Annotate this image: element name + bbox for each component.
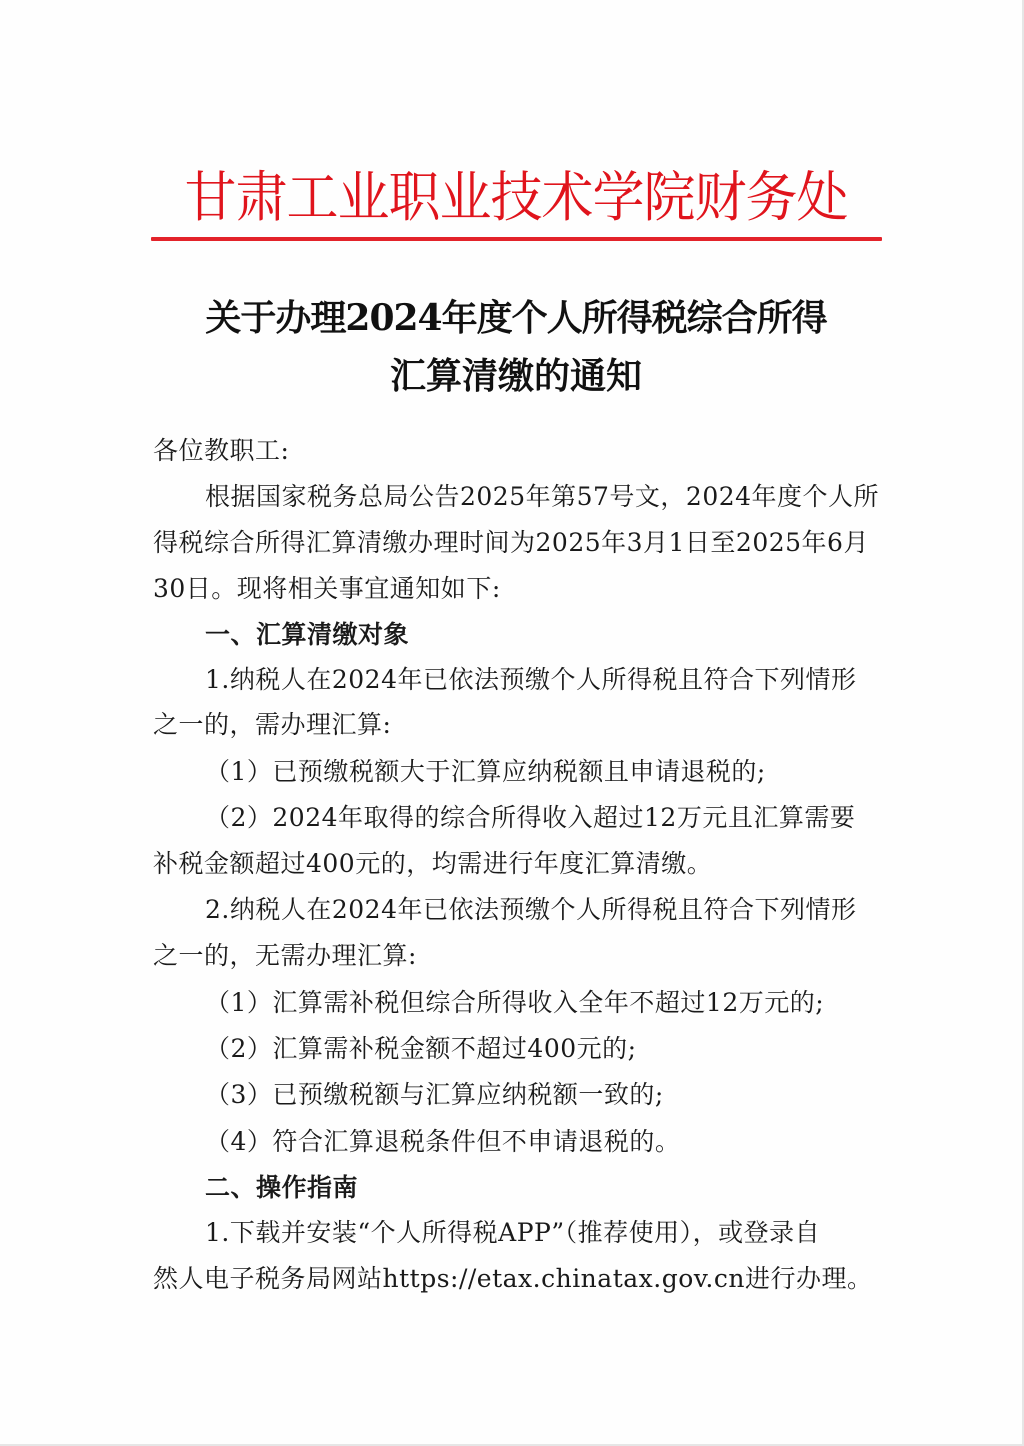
section-1-item-2-line-2: 之一的，无需办理汇算: (153, 936, 873, 972)
section-1-item-1-sub-2-cont: 补税金额超过400元的，均需进行年度汇算清缴。 (153, 844, 873, 880)
letterhead-red-rule (151, 237, 882, 241)
section-2-item-1-line-2: 然人电子税务局网站https://etax.chinatax.gov.cn进行办… (153, 1259, 873, 1295)
document-title-line-1: 关于办理2024年度个人所得税综合所得 (150, 290, 882, 341)
section-1-item-2-sub-1: （1）汇算需补税但综合所得收入全年不超过12万元的; (205, 983, 925, 1019)
intro-paragraph-line-2: 得税综合所得汇算清缴办理时间为2025年3月1日至2025年6月 (153, 523, 873, 559)
section-1-item-2-sub-2: （2）汇算需补税金额不超过400元的; (205, 1029, 925, 1065)
section-1-heading: 一、汇算清缴对象 (205, 615, 925, 651)
document-page: 甘肃工业职业技术学院财务处 关于办理2024年度个人所得税综合所得 汇算清缴的通… (0, 0, 1024, 1446)
section-2-heading: 二、操作指南 (205, 1168, 925, 1204)
section-1-item-1-line-2: 之一的，需办理汇算: (153, 705, 873, 741)
section-1-item-2-sub-3: （3）已预缴税额与汇算应纳税额一致的; (205, 1075, 925, 1111)
section-1-item-1-sub-1: （1）已预缴税额大于汇算应纳税额且申请退税的; (205, 752, 925, 788)
document-title-line-2: 汇算清缴的通知 (150, 348, 882, 399)
section-2-item-1-line-1: 1.下载并安装“个人所得税APP”（推荐使用），或登录自 (205, 1213, 925, 1249)
section-1-item-2-sub-4: （4）符合汇算退税条件但不申请退税的。 (205, 1122, 925, 1158)
section-1-item-1-sub-2: （2）2024年取得的综合所得收入超过12万元且汇算需要 (205, 798, 925, 834)
intro-paragraph-line-3: 30日。现将相关事宜通知如下: (153, 569, 873, 605)
salutation: 各位教职工: (153, 431, 873, 467)
section-1-item-2-line-1: 2.纳税人在2024年已依法预缴个人所得税且符合下列情形 (205, 890, 925, 926)
letterhead-org-name: 甘肃工业职业技术学院财务处 (150, 164, 882, 231)
intro-paragraph-line-1: 根据国家税务总局公告2025年第57号文，2024年度个人所 (205, 477, 925, 513)
section-1-item-1-line-1: 1.纳税人在2024年已依法预缴个人所得税且符合下列情形 (205, 660, 925, 696)
